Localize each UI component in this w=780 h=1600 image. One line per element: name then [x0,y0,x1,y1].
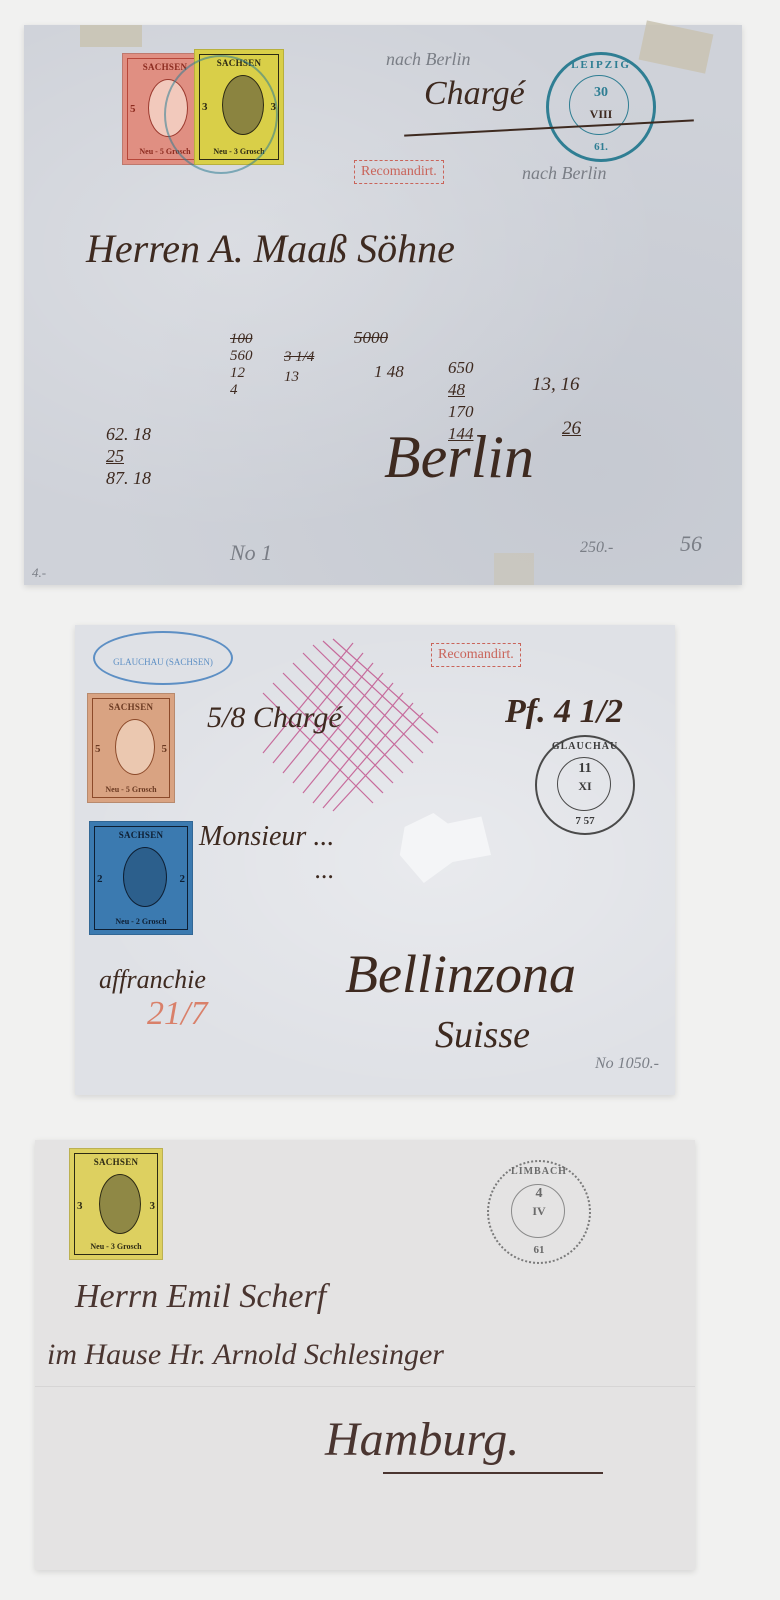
franking-note: affranchie [99,965,206,995]
destination-city: Hamburg. [325,1412,519,1467]
paper-tear [395,813,491,883]
hinge-tape [494,553,534,585]
portrait-icon [115,719,155,775]
calc-column-2: 3 1/4 13 [284,347,314,387]
red-note: 21/7 [147,995,207,1033]
registration-label: Recomandirt. [431,643,521,667]
destination-city: Bellinzona [345,943,576,1005]
calc-column-5: 13, 16 26 [532,363,581,451]
portrait-icon [123,847,167,907]
charge-note: Chargé [424,75,525,113]
destination-country: Suisse [435,1013,530,1057]
underline [383,1472,603,1474]
cover-leipzig-berlin: SACHSEN 5 5 Neu - 5 Grosch SACHSEN 3 3 N… [24,25,742,585]
stamp-3-neugroschen: SACHSEN 3 3 Neu - 3 Grosch [69,1148,163,1260]
postmark-limbach: LIMBACH 4 IV 61 [487,1160,591,1264]
paper-fold [35,1386,695,1387]
weight-note: Pf. 4 1/2 [505,693,623,731]
address-line-1: Monsieur ... [199,821,334,853]
calc-column-3: 5000 1 48 [354,321,404,389]
cancel-ring [164,55,278,174]
stamp-2-neugroschen: SACHSEN 2 2 Neu - 2 Grosch [89,821,193,935]
hinge-tape [80,25,142,47]
addressee: Herren A. Maaß Söhne [86,225,455,272]
stamp-5-neugroschen: SACHSEN 5 5 Neu - 5 Grosch [87,693,175,803]
calc-left-sum: 62. 18 25 87. 18 [106,423,151,489]
oval-cachet: GLAUCHAU (SACHSEN) [93,631,233,685]
calc-column-1: 100 560 12 4 [230,331,253,399]
postmark-glauchau: GLAUCHAU 11 XI 7 57 [535,735,635,835]
address-line-1: Herrn Emil Scherf [75,1278,326,1316]
cover-limbach-hamburg: SACHSEN 3 3 Neu - 3 Grosch LIMBACH 4 IV … [35,1140,695,1570]
address-line-2: ... [315,855,335,885]
price-note: No 1050.- [595,1055,659,1073]
charge-note: 5/8 Chargé [207,701,342,735]
destination-city: Berlin [384,423,534,492]
portrait-icon [99,1174,141,1234]
address-line-2: im Hause Hr. Arnold Schlesinger [47,1338,444,1372]
registration-label: Recomandirt. [354,160,444,184]
postmark-leipzig: LEIPZIG 30 VIII 61. [546,52,656,162]
cover-glauchau-bellinzona: GLAUCHAU (SACHSEN) Recomandirt. SACHSEN … [75,625,675,1095]
